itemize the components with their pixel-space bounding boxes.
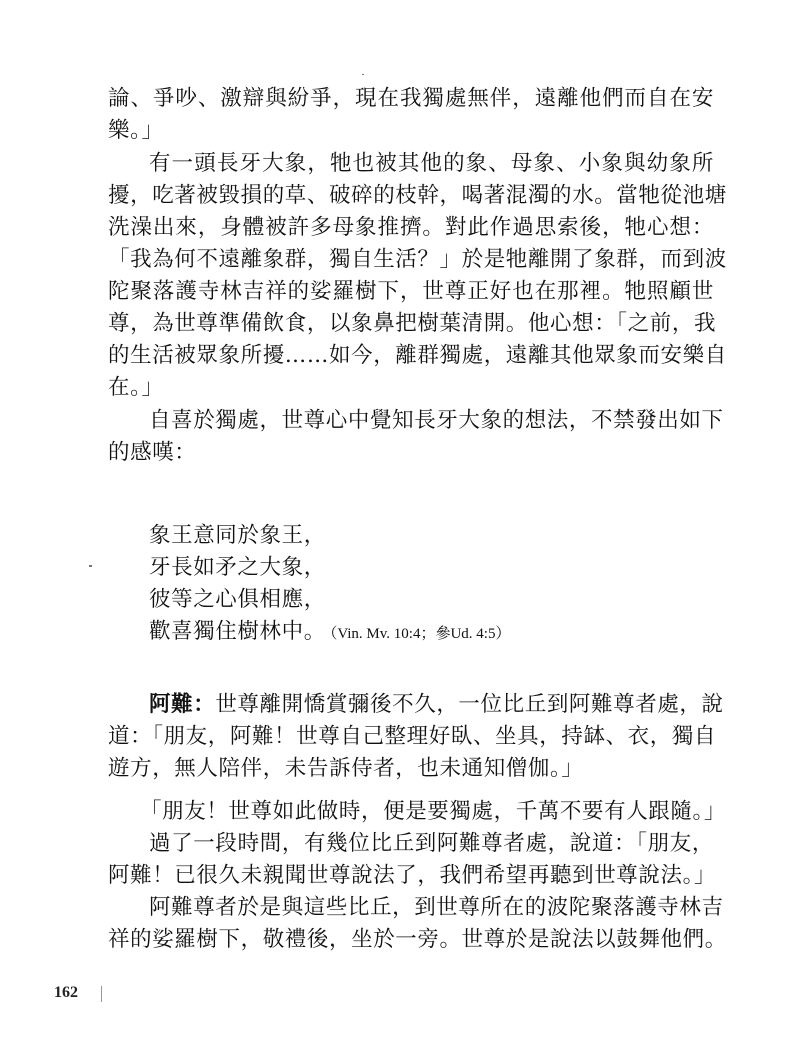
text-line: 洗澡出來，身體被許多母象推擠。對此作過思索後，牠心想： (108, 213, 714, 243)
poem-line: 彼等之心俱相應， (149, 585, 326, 615)
citation: （Vin. Mv. 10:4；參Ud. 4:5） (330, 626, 511, 642)
book-page: 論、爭吵、激辯與紛爭，現在我獨處無伴，遠離他們而自在安 樂。」 有一頭長牙大象，… (0, 0, 792, 1056)
text-line: 祥的娑羅樹下，敬禮後，坐於一旁。世尊於是說法以鼓舞他們。 (108, 925, 714, 955)
text-line: 的生活被眾象所擾……如今，離群獨處，遠離其他眾象而安樂自 (108, 341, 714, 371)
speaker-label: 阿難： (149, 692, 215, 717)
text-line: 過了一段時間，有幾位比丘到阿難尊者處，說道：「朋友， (149, 829, 714, 859)
poem-line: 象王意同於象王， (149, 521, 326, 551)
poem-line: 牙長如矛之大象， (149, 553, 326, 583)
page-number: 162 (54, 984, 78, 1002)
scan-speck (89, 565, 92, 567)
text-line: 在。」 (108, 373, 714, 403)
poem-line: 歡喜獨住樹林中。 (149, 619, 326, 644)
text-line: 的感嘆： (108, 438, 714, 468)
text-line: 遊方，無人陪伴，未告訴侍者，也未通知僧伽。」 (108, 754, 714, 784)
text-line: 自喜於獨處，世尊心中覺知長牙大象的想法，不禁發出如下 (149, 406, 714, 436)
folio-divider (101, 986, 102, 1002)
text-line: 阿難尊者於是與這些比丘，到世尊所在的波陀聚落護寺林吉 (149, 893, 714, 923)
text-line: 陀聚落護寺林吉祥的娑羅樹下，世尊正好也在那裡。牠照顧世 (108, 277, 714, 307)
text-line: 尊，為世尊準備飲食，以象鼻把樹葉清開。他心想：「之前，我 (108, 309, 714, 339)
text-line: 「我為何不遠離象群，獨自生活？」於是牠離開了象群，而到波 (108, 245, 714, 275)
text-span: 世尊離開憍賞彌後不久，一位比丘到阿難尊者處，說 (215, 692, 723, 717)
scan-speck (362, 74, 364, 75)
text-line: 「朋友！世尊如此做時，便是要獨處，千萬不要有人跟隨。」 (140, 797, 714, 827)
text-line: 擾，吃著被毀損的草、破碎的枝幹，喝著混濁的水。當牠從池塘 (108, 181, 714, 211)
poem-line-with-citation: 歡喜獨住樹林中。（Vin. Mv. 10:4；參Ud. 4:5） (149, 617, 510, 647)
text-line: 樂。」 (108, 116, 714, 146)
text-line: 道：「朋友，阿難！世尊自己整理好臥、坐具，持缽、衣，獨自 (108, 722, 714, 752)
text-line: 阿難：世尊離開憍賞彌後不久，一位比丘到阿難尊者處，說 (149, 690, 714, 720)
text-line: 阿難！已很久未親聞世尊說法了，我們希望再聽到世尊說法。」 (108, 861, 714, 891)
text-line: 論、爭吵、激辯與紛爭，現在我獨處無伴，遠離他們而自在安 (108, 84, 714, 114)
text-line: 有一頭長牙大象，牠也被其他的象、母象、小象與幼象所 (149, 149, 714, 179)
